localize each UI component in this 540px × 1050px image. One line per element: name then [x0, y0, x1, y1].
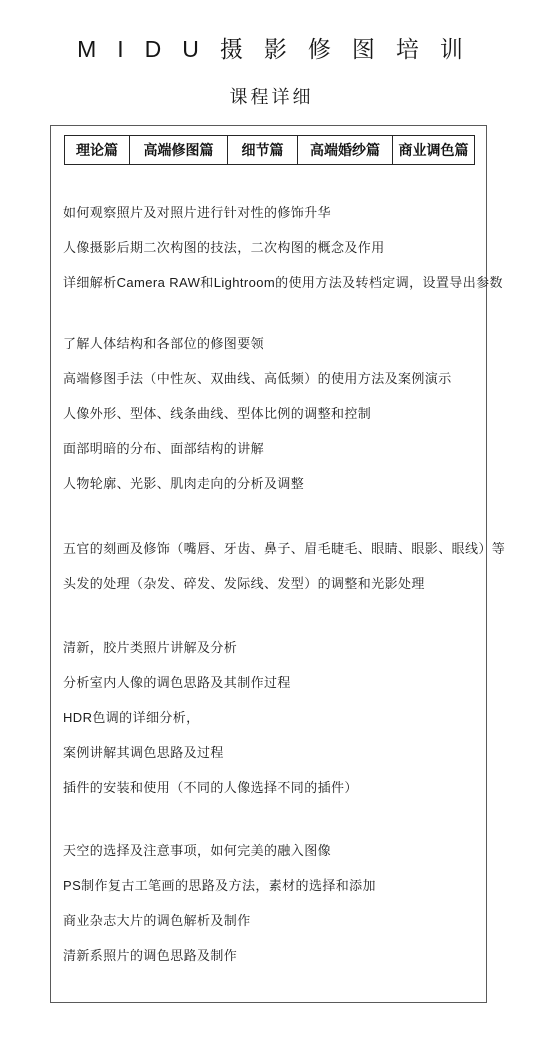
course-section-theory: 如何观察照片及对照片进行针对性的修饰升华 人像摄影后期二次构图的技法，二次构图的…: [63, 195, 483, 300]
course-line: 清新，胶片类照片讲解及分析: [63, 630, 483, 665]
page-subtitle: 课程详细: [0, 83, 540, 109]
course-line: 天空的选择及注意事项，如何完美的融入图像: [63, 833, 483, 868]
course-line: 商业杂志大片的调色解析及制作: [63, 903, 483, 938]
course-section-wedding: 清新，胶片类照片讲解及分析 分析室内人像的调色思路及其制作过程 HDR色调的详细…: [63, 630, 483, 805]
tab-wedding: 高端婚纱篇: [298, 136, 393, 164]
course-section-details: 五官的刻画及修饰（嘴唇、牙齿、鼻子、眉毛睫毛、眼睛、眼影、眼线）等 头发的处理（…: [63, 531, 483, 601]
course-section-commercial-color: 天空的选择及注意事项，如何完美的融入图像 PS制作复古工笔画的思路及方法，素材的…: [63, 833, 483, 973]
tab-high-end-retouching: 高端修图篇: [130, 136, 228, 164]
course-line: 人物轮廓、光影、肌肉走向的分析及调整: [63, 466, 483, 501]
course-section-retouching: 了解人体结构和各部位的修图要领 高端修图手法（中性灰、双曲线、高低频）的使用方法…: [63, 326, 483, 501]
course-detail-box: 理论篇 高端修图篇 细节篇 高端婚纱篇 商业调色篇 如何观察照片及对照片进行针对…: [50, 125, 487, 1003]
course-line: 详细解析Camera RAW和Lightroom的使用方法及转档定调，设置导出参…: [63, 265, 483, 300]
tab-commercial-color: 商业调色篇: [393, 136, 474, 164]
course-content: 如何观察照片及对照片进行针对性的修饰升华 人像摄影后期二次构图的技法，二次构图的…: [63, 163, 483, 973]
page-title: MIDU摄影修图培训: [0, 31, 540, 64]
course-line: 了解人体结构和各部位的修图要领: [63, 326, 483, 361]
course-line: 高端修图手法（中性灰、双曲线、高低频）的使用方法及案例演示: [63, 361, 483, 396]
course-line: 如何观察照片及对照片进行针对性的修饰升华: [63, 195, 483, 230]
course-line: 案例讲解其调色思路及过程: [63, 735, 483, 770]
course-line: 人像外形、型体、线条曲线、型体比例的调整和控制: [63, 396, 483, 431]
course-line: 人像摄影后期二次构图的技法，二次构图的概念及作用: [63, 230, 483, 265]
section-header-row: 理论篇 高端修图篇 细节篇 高端婚纱篇 商业调色篇: [64, 135, 475, 165]
tab-theory: 理论篇: [65, 136, 130, 164]
course-line: 头发的处理（杂发、碎发、发际线、发型）的调整和光影处理: [63, 566, 483, 601]
course-line: 清新系照片的调色思路及制作: [63, 938, 483, 973]
course-line: 五官的刻画及修饰（嘴唇、牙齿、鼻子、眉毛睫毛、眼睛、眼影、眼线）等: [63, 531, 483, 566]
course-line: HDR色调的详细分析，: [63, 700, 483, 735]
course-line: 分析室内人像的调色思路及其制作过程: [63, 665, 483, 700]
course-line: PS制作复古工笔画的思路及方法，素材的选择和添加: [63, 868, 483, 903]
course-line: 插件的安装和使用（不同的人像选择不同的插件）: [63, 770, 483, 805]
tab-details: 细节篇: [228, 136, 298, 164]
course-line: 面部明暗的分布、面部结构的讲解: [63, 431, 483, 466]
